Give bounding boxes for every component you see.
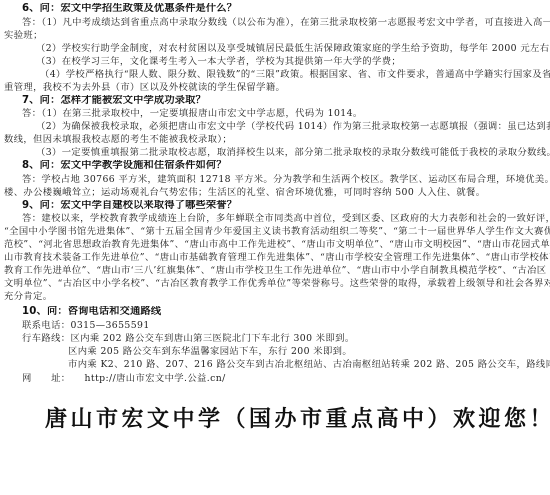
- website-link[interactable]: http://唐山市宏文中学.公益.cn/: [85, 373, 226, 384]
- route-2: 区内乘 205 路公交车到东华温馨家园站下车，东行 200 米即到。: [68, 346, 550, 358]
- q9-answer-line-4: 山市教育技术装备工作先进单位”、“唐山市基础教育管理工作先进集体”、“唐山市学校…: [4, 252, 550, 264]
- q9-answer-line-6: 文明单位”、“古冶区中小学名校”、“古冶区教育教学工作优秀单位”等荣誉称号。这些…: [4, 278, 550, 290]
- document-page: 6、问：宏文中学招生政策及优惠条件是什么？ 答：（1）凡中考成绩达到省重点高中录…: [0, 0, 550, 495]
- contact-phone-row: 联系电话：0315—3655591: [22, 320, 550, 332]
- q6-answer-3: （3）在校学习三年，文化课考生考入一本大学者，学校为其提供第一年大学的学费；: [36, 56, 550, 68]
- route-3: 市内乘 K2、210 路、207、216 路公交车到古冶北枢纽站、古冶南枢纽站转…: [68, 359, 550, 371]
- route-row-1: 行车路线：区内乘 202 路公交车到唐山第三医院北门下车北行 300 米即到。: [22, 333, 550, 345]
- q7-answer-3: （3）一定要慎重填报第二批录取校志愿，取消择校生以来，部分第二批录取校的录取分数…: [36, 147, 550, 159]
- q6-answer-1-line-2: 实验班；: [4, 30, 550, 42]
- question-9-heading: 9、问：宏文中学自建校以来取得了哪些荣誉？: [22, 200, 550, 212]
- phone-number: 0315—3655591: [71, 320, 150, 331]
- q7-answer-1: 答：（1）在第三批录取校中，一定要填报唐山市宏文中学志愿，代码为 1014。: [22, 108, 550, 120]
- question-10-heading: 10、问：咨询电话和交通路线: [22, 306, 550, 318]
- q7-answer-2-line-1: （2）为确保被我校录取，必须把唐山市宏文中学（学校代码 1014）作为第三批录取…: [36, 121, 550, 133]
- route-1: 区内乘 202 路公交车到唐山第三医院北门下车北行 300 米即到。: [71, 333, 355, 344]
- q6-answer-2: （2）学校实行助学金制度，对农村贫困以及享受城镇居民最低生活保障政策家庭的学生给…: [36, 43, 550, 55]
- q7-answer-2-line-2: 数线，但因未填报我校志愿的考生不能被我校录取）；: [4, 134, 550, 146]
- route-label: 行车路线：: [22, 333, 71, 344]
- q6-answer-4-line-1: （4）学校严格执行“限人数、限分数、限钱数”的“三限”政策。根据国家、省、市文件…: [40, 69, 550, 81]
- website-row: 网 址：http://唐山市宏文中学.公益.cn/: [22, 373, 550, 385]
- website-label: 网 址：: [22, 373, 71, 384]
- phone-label: 联系电话：: [22, 320, 71, 331]
- q9-answer-line-7: 充分肯定。: [4, 291, 550, 303]
- question-6-heading: 6、问：宏文中学招生政策及优惠条件是什么？: [22, 3, 550, 15]
- q9-answer-line-3: 范校”、“河北省思想政治教育先进集体”、“唐山市高中工作先进校”、“唐山市文明单…: [4, 239, 550, 251]
- q6-answer-1-line-1: 答：（1）凡中考成绩达到省重点高中录取分数线（以公布为准），在第三批录取校第一志…: [22, 17, 550, 29]
- q8-answer-line-2: 楼、办公楼巍峨耸立；运动场观礼台气势宏伟；生活区的礼堂、宿舍环境优雅，可同时容纳…: [4, 187, 550, 199]
- q9-answer-line-1: 答：建校以来，学校教育教学成绩连上台阶，多年蝉联全市同类高中首位，受到区委、区政…: [22, 213, 550, 225]
- question-8-heading: 8、问：宏文中学教学设施和住宿条件如何？: [22, 160, 550, 172]
- question-7-heading: 7、问：怎样才能被宏文中学成功录取？: [22, 95, 550, 107]
- q9-answer-line-5: 教育工作先进单位”、“唐山市‘三八’红旗集体”、“唐山市学校卫生工作先进单位”、…: [4, 265, 550, 277]
- q9-answer-line-2: “全国中小学图书馆先进集体”、“第十五届全国青少年爱国主义读书教育活动组织二等奖…: [4, 226, 550, 238]
- welcome-slogan: 唐山市宏文中学（国办市重点高中）欢迎您！: [45, 402, 550, 433]
- q6-answer-4-line-2: 重管理，我校不为去外县（市）区以及外校就读的学生保留学籍。: [4, 82, 550, 94]
- q8-answer-line-1: 答：学校占地 30766 平方米，建筑面积 12718 平方米。分为教学和生活两…: [22, 174, 550, 186]
